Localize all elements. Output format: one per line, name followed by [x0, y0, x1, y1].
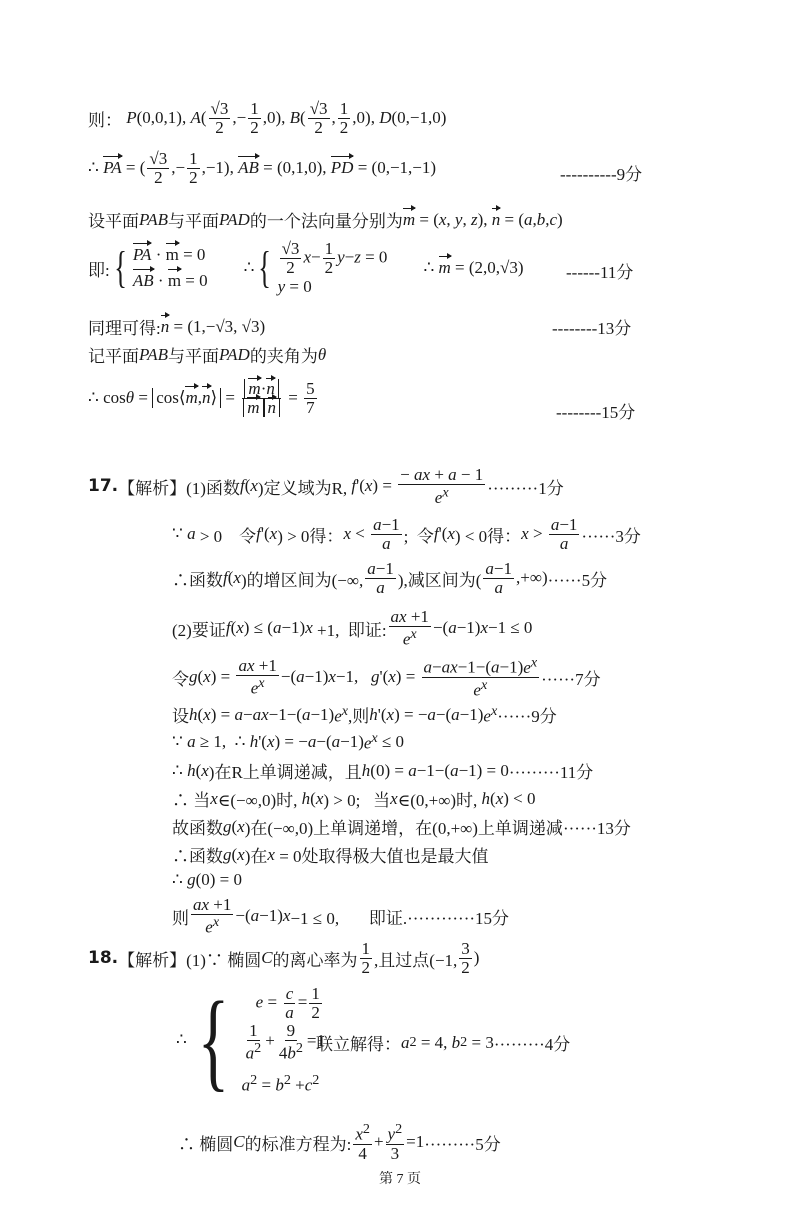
page-footer: 第 7 页 — [0, 1168, 800, 1188]
system-m-line: 即: { PA · m = 0 AB · m = 0 ∴ { √32x−12y−… — [88, 240, 524, 297]
q17-line-11: ∴函数g(x)在x = 0处取得极大值也是最大值 — [172, 842, 489, 867]
q17-line-9: ∴ 当x∈(−∞,0)时, h(x) > 0; 当x∈(0,+∞)时, h(x)… — [172, 786, 536, 811]
q18-solve: 联立解得：a2 = 4, b2 = 3 ·········4分 — [316, 1030, 570, 1055]
q17-line-3: ∴函数f(x)的增区间为(−∞,a−1a),减区间为(a−1a,+∞) ····… — [172, 560, 607, 597]
q17-line-8: ∴ h(x)在R上单调递减，且h(0) = a−1−(a−1) = 0 ····… — [172, 758, 593, 783]
q17-tag: 【解析】 — [118, 474, 186, 499]
q18-system: ∴ { e = ca=12 1a2+94b2=1 a2 = b2 +c2 — [176, 985, 325, 1096]
q18-tag: 【解析】 — [118, 946, 186, 971]
q18-line-1: 18. 【解析】 (1)∵ 椭圆C的离心率为12,且过点(−1,32) — [88, 940, 479, 977]
q18-number: 18. — [88, 948, 118, 968]
score-11: ------11分 — [566, 258, 633, 283]
coords-lead: 则： — [88, 106, 122, 131]
score-15: --------15分 — [556, 398, 635, 423]
q17-line-1: 17. 【解析】 (1)函数f(x)定义域为R, f'(x) = − ax + … — [88, 466, 564, 506]
q17-number: 17. — [88, 476, 118, 496]
q17-line-12: ∴ g(0) = 0 — [172, 870, 242, 890]
q17-line-2: ∵ a > 0 令f'(x) > 0得：x < a−1a; 令f'(x) < 0… — [172, 516, 641, 553]
q17-line-7: ∵ a ≥ 1, ∴ h'(x) = −a−(a−1)ex ≤ 0 — [172, 730, 404, 754]
cos-line: ∴ cosθ = cos⟨m,n⟩ = m·nmn = 57 — [88, 380, 319, 417]
vectors-line: ∴ PA = (√32,−12,−1), AB = (0,1,0), PD = … — [88, 150, 436, 187]
normals-intro: 设平面PAB与平面PAD的一个法向量分别为m = (x, y, z), n = … — [88, 207, 563, 232]
q17-line-10: 故函数g(x)在(−∞,0)上单调递增，在(0,+∞)上单调递减 ······1… — [172, 814, 631, 839]
score-13: --------13分 — [552, 314, 631, 339]
q17-line-5: 令g(x) = ax +1ex−(a−1)x−1, g'(x) = a−ax−1… — [172, 655, 601, 699]
score-9: ----------9分 — [560, 160, 642, 185]
q17-line-6: 设h(x) = a−ax−1−(a−1)ex,则h'(x) = −a−(a−1)… — [172, 702, 557, 727]
q18-result: ∴ 椭圆C的标准方程为:x24+y23=1 ·········5分 — [178, 1122, 501, 1162]
angle-intro: 记平面PAB与平面PAD的夹角为θ — [88, 342, 326, 367]
q17-line-4: (2)要证f(x) ≤ (a−1)x +1, 即证:ax +1ex−(a−1)x… — [172, 608, 532, 648]
q17-line-13: 则ax +1ex−(a−1)x−1 ≤ 0, 即证. ············1… — [172, 896, 509, 936]
n-result-line: 同理可得:n = (1,−√3, √3) — [88, 314, 265, 339]
coords-line: 则： P(0,0,1), A(√32,−12,0), B(√32,12,0), … — [88, 100, 446, 137]
